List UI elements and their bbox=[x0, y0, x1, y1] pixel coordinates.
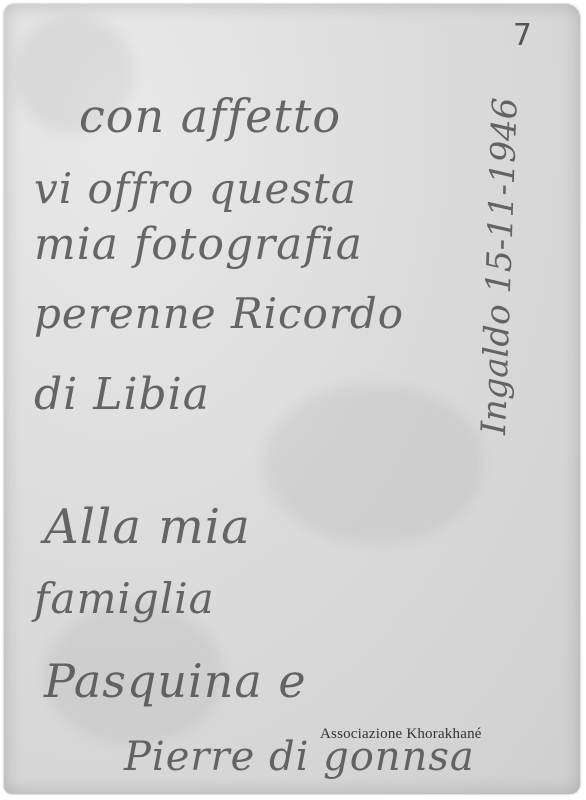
stain bbox=[264, 384, 484, 544]
margin-date: Ingaldo 15-11-1946 bbox=[474, 97, 526, 436]
handwritten-line: perenne Ricordo bbox=[34, 289, 404, 338]
handwritten-line: mia fotografia bbox=[34, 219, 363, 270]
handwritten-line: Pasquina e bbox=[44, 654, 307, 708]
photo-card-back: 7 con affettovi offro questamia fotograf… bbox=[4, 4, 580, 794]
handwritten-line: con affetto bbox=[79, 89, 341, 143]
corner-number: 7 bbox=[513, 18, 532, 53]
handwritten-line: di Libia bbox=[34, 369, 210, 420]
handwritten-line: vi offro questa bbox=[34, 164, 357, 213]
watermark: Associazione Khorakhané bbox=[320, 726, 482, 743]
handwritten-line: famiglia bbox=[34, 574, 215, 623]
handwritten-line: Alla mia bbox=[44, 499, 251, 555]
